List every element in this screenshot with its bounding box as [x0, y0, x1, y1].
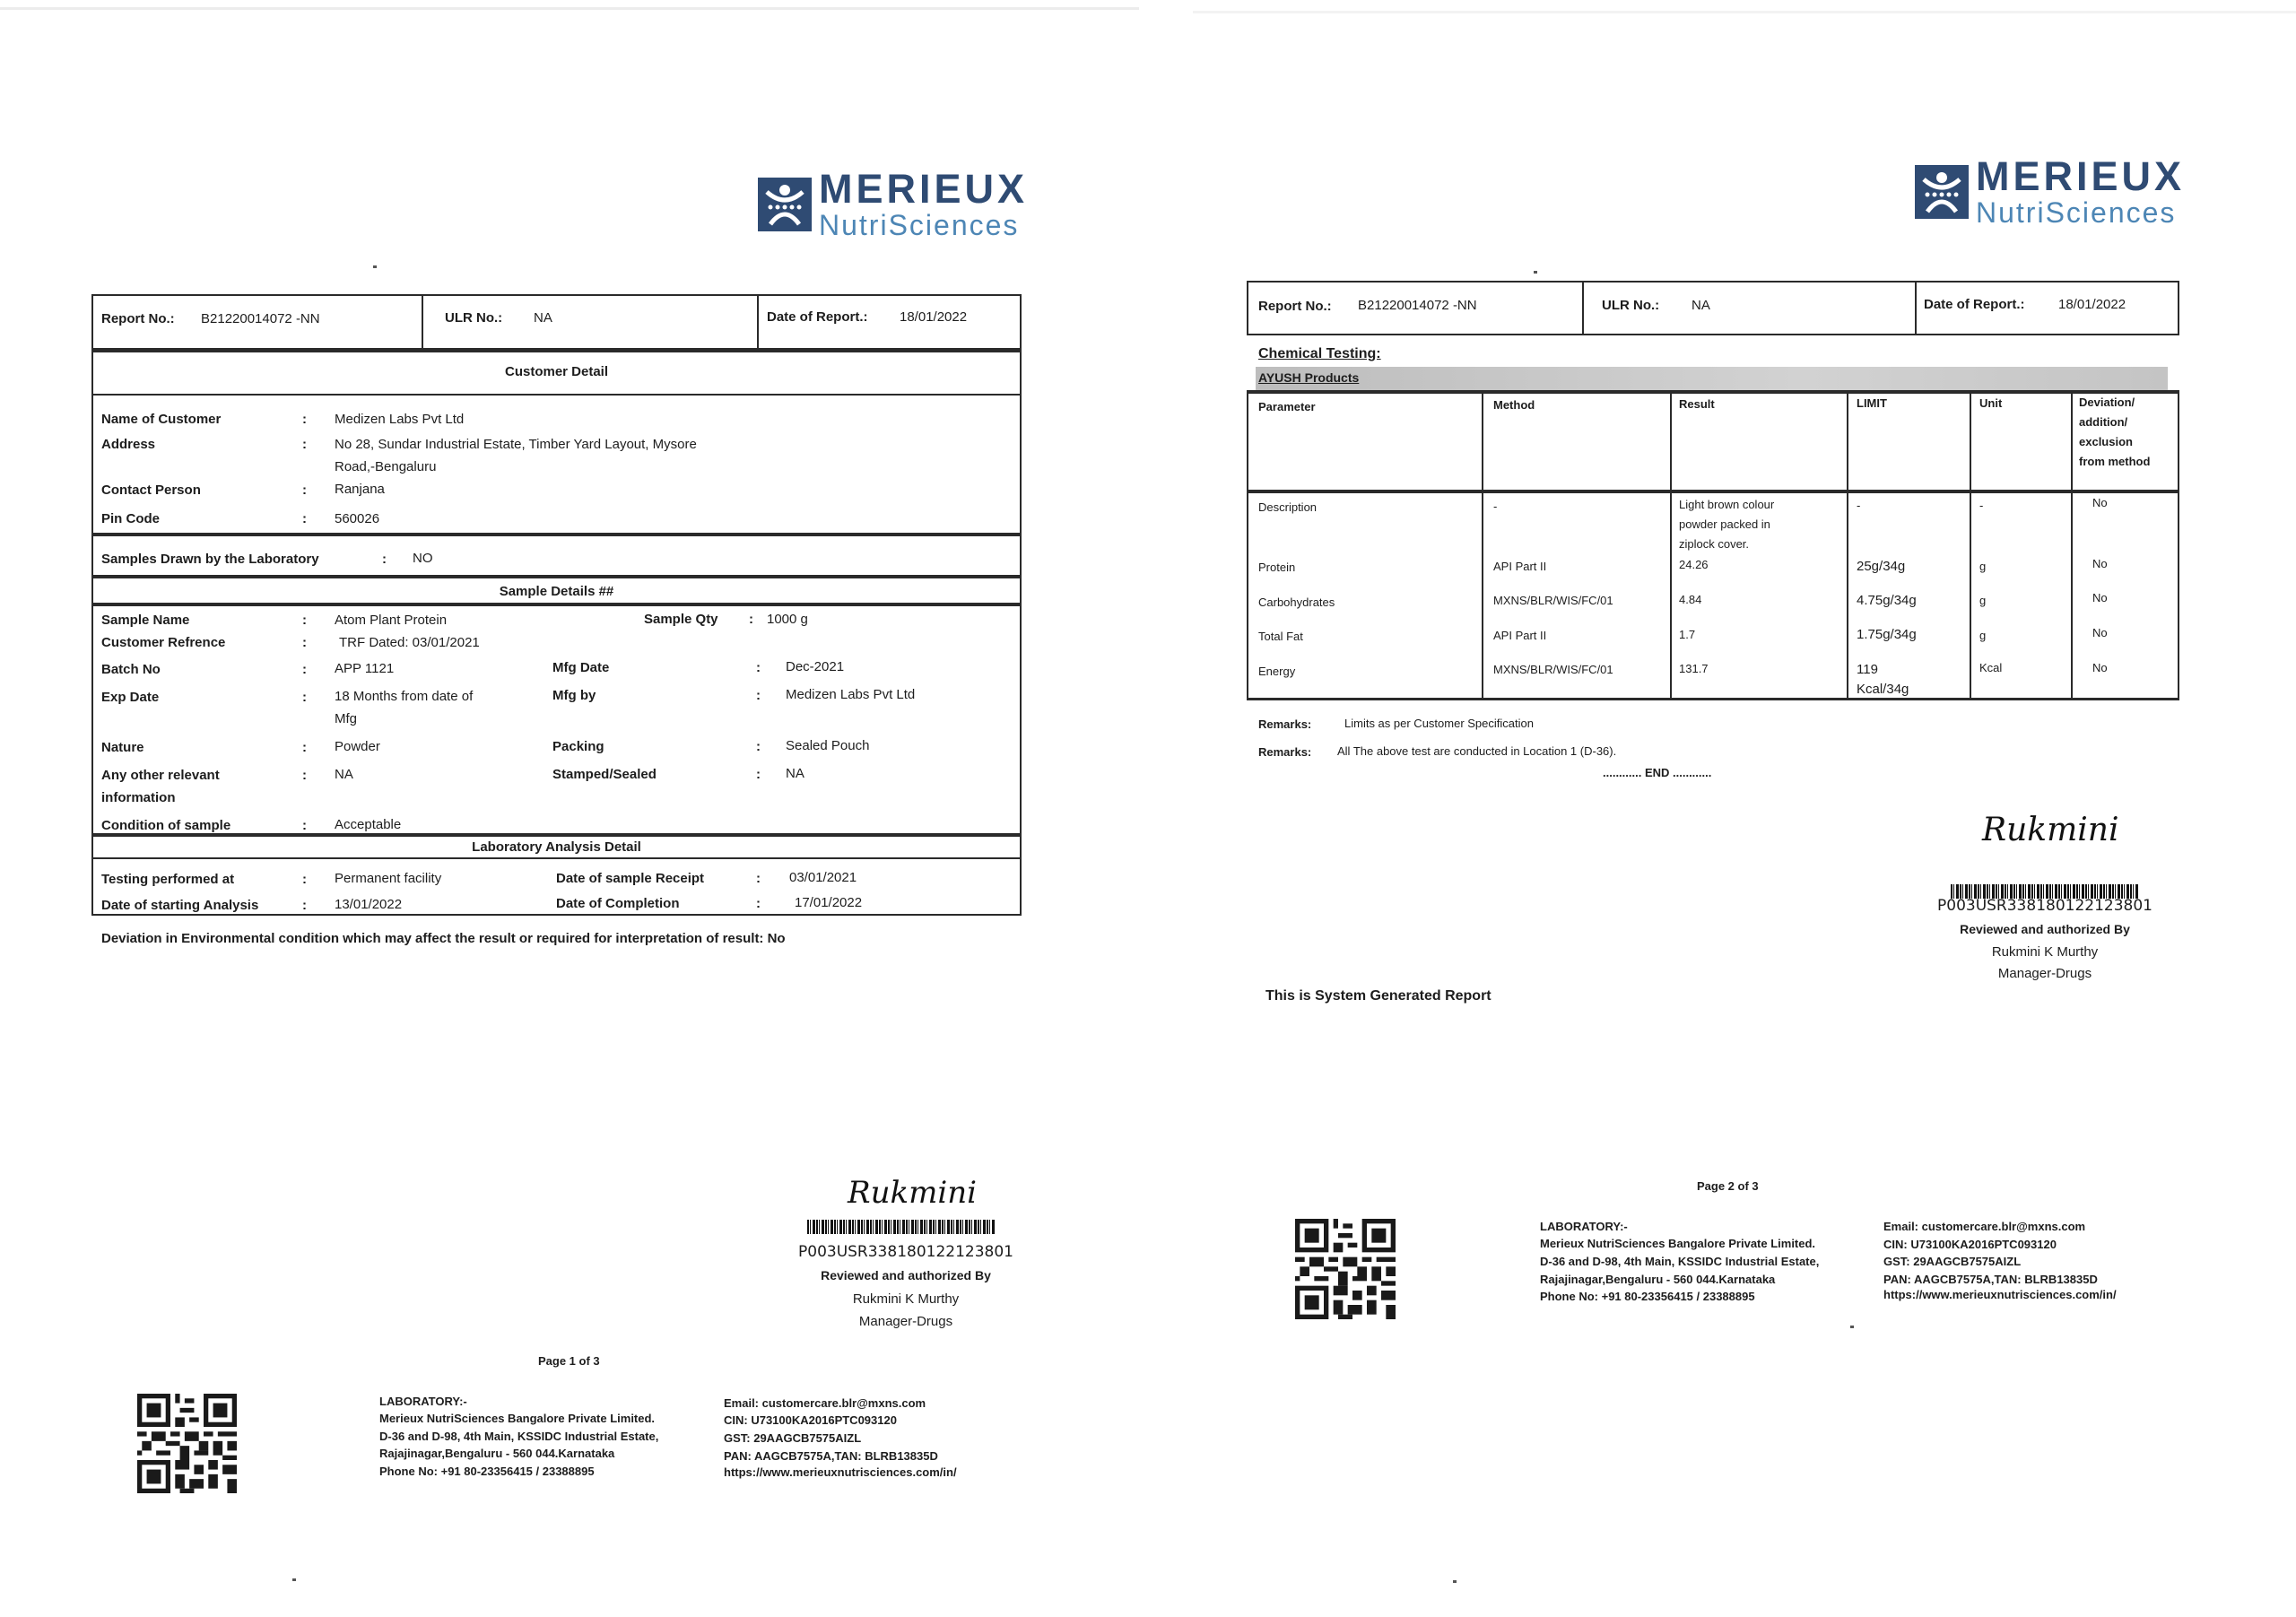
row-limit: 119 [1857, 662, 1878, 677]
col-deviation: addition/ [2079, 415, 2127, 429]
lab-line: Rajajinagar,Bengaluru - 560 044.Karnatak… [379, 1447, 614, 1460]
samples-drawn-value: NO [413, 551, 433, 566]
colon: : [302, 690, 307, 705]
other-info-value: NA [335, 767, 353, 782]
divider [1847, 390, 1848, 700]
colon: : [756, 660, 761, 675]
contact-gst: GST: 29AAGCB7575AIZL [724, 1431, 861, 1445]
row-method: - [1493, 500, 1497, 513]
colon: : [302, 613, 307, 628]
reviewed-by: Reviewed and authorized By [1928, 922, 2161, 936]
divider [1970, 390, 1971, 700]
colon: : [302, 818, 307, 833]
colon: : [302, 662, 307, 677]
report-date-label: Date of Report.: [1924, 297, 2025, 312]
signature: Rukmini [848, 1175, 977, 1211]
section-title: Chemical Testing: [1258, 346, 1381, 362]
contact-email: Email: customercare.blr@mxns.com [724, 1396, 926, 1410]
packing-label: Packing [552, 739, 604, 754]
colon: : [756, 739, 761, 754]
lab-heading: LABORATORY:- [379, 1395, 467, 1408]
row-result: 4.84 [1679, 593, 1701, 606]
page-number: Page 2 of 3 [1697, 1179, 1759, 1193]
divider [757, 294, 759, 350]
row-parameter: Carbohydrates [1258, 596, 1335, 609]
report-date-label: Date of Report.: [767, 309, 868, 325]
system-generated-note: This is System Generated Report [1265, 988, 1492, 1004]
qr-code-icon [137, 1394, 237, 1493]
row-limit: 4.75g/34g [1857, 593, 1917, 608]
row-unit: Kcal [1979, 661, 2002, 674]
report-no-label: Report No.: [101, 311, 175, 326]
row-limit: - [1857, 499, 1860, 512]
colon: : [302, 898, 307, 913]
col-method: Method [1493, 398, 1535, 412]
customer-name-label: Name of Customer [101, 412, 221, 427]
lab-heading: LABORATORY:- [1540, 1220, 1628, 1233]
report-no-value: B21220014072 -NN [201, 311, 320, 326]
colon: : [756, 896, 761, 911]
colon: : [302, 635, 307, 650]
reviewer-name: Rukmini K Murthy [789, 1291, 1022, 1307]
sample-qty-label: Sample Qty [644, 612, 718, 627]
divider [1670, 390, 1672, 700]
completion-value: 17/01/2022 [795, 895, 862, 910]
stamped-sealed-label: Stamped/Sealed [552, 767, 657, 782]
nature-label: Nature [101, 740, 144, 755]
col-deviation: exclusion [2079, 435, 2133, 448]
divider [91, 533, 1022, 536]
nature-value: Powder [335, 739, 380, 754]
lab-line: Phone No: +91 80-23356415 / 23388895 [379, 1465, 595, 1478]
lab-line: D-36 and D-98, 4th Main, KSSIDC Industri… [1540, 1255, 1819, 1268]
address-label: Address [101, 437, 155, 452]
contact-email: Email: customercare.blr@mxns.com [1883, 1220, 2085, 1233]
row-method: MXNS/BLR/WIS/FC/01 [1493, 663, 1613, 676]
mfg-date-value: Dec-2021 [786, 659, 844, 674]
customer-reference-label: Customer Refrence [101, 635, 225, 650]
mfg-by-label: Mfg by [552, 688, 596, 703]
other-info-label-line2: information [101, 790, 176, 805]
row-result: 24.26 [1679, 558, 1709, 571]
sample-receipt-label: Date of sample Receipt [556, 871, 704, 886]
section-band [1256, 367, 2168, 390]
divider [91, 603, 1022, 606]
brand-name: MERIEUX [1976, 156, 2185, 196]
colon: : [302, 740, 307, 755]
contact-website: https://www.merieuxnutrisciences.com/in/ [1883, 1288, 2117, 1301]
contact-website: https://www.merieuxnutrisciences.com/in/ [724, 1465, 957, 1479]
divider [1915, 281, 1917, 335]
divider [91, 575, 1022, 578]
ulr-label: ULR No.: [445, 310, 502, 326]
row-deviation: No [2092, 661, 2108, 674]
row-result: 131.7 [1679, 662, 1709, 675]
scan-edge [0, 7, 1139, 10]
col-parameter: Parameter [1258, 400, 1316, 413]
row-result: powder packed in [1679, 517, 1770, 531]
logo-mark-icon [758, 178, 812, 231]
lab-line: Phone No: +91 80-23356415 / 23388895 [1540, 1290, 1755, 1303]
address-value-line2: Road,-Bengaluru [335, 459, 436, 474]
lab-line: Merieux NutriSciences Bangalore Private … [379, 1412, 655, 1425]
row-method: API Part II [1493, 629, 1546, 642]
barcode-text: P003USR338180122123801 [789, 1243, 1022, 1261]
sample-details-title: Sample Details ## [91, 584, 1022, 599]
row-deviation: No [2092, 496, 2108, 509]
contact-pan: PAN: AAGCB7575A,TAN: BLRB13835D [1883, 1273, 2098, 1286]
exp-date-value-line2: Mfg [335, 711, 357, 726]
row-method: API Part II [1493, 560, 1546, 573]
row-deviation: No [2092, 626, 2108, 639]
row-unit: g [1979, 629, 1986, 642]
qr-code-icon [1295, 1219, 1396, 1319]
condition-value: Acceptable [335, 817, 401, 832]
remarks-label: Remarks: [1258, 745, 1311, 759]
divider [91, 394, 1022, 396]
lab-line: Merieux NutriSciences Bangalore Private … [1540, 1237, 1815, 1250]
colon: : [756, 871, 761, 886]
reviewer-title: Manager-Drugs [789, 1314, 1022, 1329]
report-no-label: Report No.: [1258, 299, 1332, 314]
colon: : [749, 612, 753, 627]
contact-gst: GST: 29AAGCB7575AIZL [1883, 1255, 2021, 1268]
row-limit-line2: Kcal/34g [1857, 682, 1909, 697]
exp-date-value: 18 Months from date of [335, 689, 473, 704]
mfg-date-label: Mfg Date [552, 660, 609, 675]
remark-1: Limits as per Customer Specification [1344, 717, 1534, 730]
contact-pan: PAN: AAGCB7575A,TAN: BLRB13835D [724, 1449, 938, 1463]
batch-no-label: Batch No [101, 662, 161, 677]
contact-person-value: Ranjana [335, 482, 385, 497]
stamped-sealed-value: NA [786, 766, 804, 781]
colon: : [302, 872, 307, 887]
condition-label: Condition of sample [101, 818, 230, 833]
customer-detail-title: Customer Detail [91, 364, 1022, 379]
lab-line: D-36 and D-98, 4th Main, KSSIDC Industri… [379, 1430, 658, 1443]
brand-subname: NutriSciences [819, 211, 1028, 239]
row-parameter: Protein [1258, 561, 1295, 574]
pin-code-value: 560026 [335, 511, 379, 526]
colon: : [302, 768, 307, 783]
row-method: MXNS/BLR/WIS/FC/01 [1493, 594, 1613, 607]
col-deviation: from method [2079, 455, 2150, 468]
packing-value: Sealed Pouch [786, 738, 869, 753]
brand-subname: NutriSciences [1976, 198, 2185, 227]
divider [2071, 390, 2073, 700]
row-parameter: Description [1258, 500, 1317, 514]
col-deviation: Deviation/ [2079, 396, 2135, 409]
subsection-title: AYUSH Products [1258, 370, 1359, 385]
brand-logo: MERIEUX NutriSciences [1915, 156, 2185, 227]
divider [1482, 390, 1483, 700]
colon: : [756, 688, 761, 703]
ulr-value: NA [534, 310, 552, 326]
ulr-value: NA [1692, 298, 1710, 313]
col-limit: LIMIT [1857, 396, 1887, 410]
row-deviation: No [2092, 557, 2108, 570]
customer-name-value: Medizen Labs Pvt Ltd [335, 412, 464, 427]
colon: : [382, 552, 387, 567]
remarks-label: Remarks: [1258, 717, 1311, 731]
scan-speck [373, 265, 377, 268]
reviewer-title: Manager-Drugs [1928, 966, 2161, 981]
brand-name: MERIEUX [819, 169, 1028, 209]
customer-reference-value: TRF Dated: 03/01/2021 [339, 635, 480, 650]
report-date-value: 18/01/2022 [900, 309, 967, 325]
divider [1247, 490, 2179, 493]
other-info-label: Any other relevant [101, 768, 220, 783]
signature: Rukmini [1982, 812, 2118, 848]
row-parameter: Total Fat [1258, 630, 1303, 643]
divider [1582, 281, 1584, 335]
samples-drawn-label: Samples Drawn by the Laboratory [101, 552, 319, 567]
row-unit: - [1979, 499, 1983, 512]
divider [422, 294, 423, 350]
sample-qty-value: 1000 g [767, 612, 808, 627]
page-number: Page 1 of 3 [538, 1354, 600, 1368]
logo-mark-icon [1915, 165, 1969, 219]
brand-logo: MERIEUX NutriSciences [758, 169, 1028, 239]
details-table [91, 349, 1022, 916]
deviation-note: Deviation in Environmental condition whi… [101, 931, 786, 946]
contact-cin: CIN: U73100KA2016PTC093120 [724, 1413, 897, 1427]
scan-speck [292, 1578, 296, 1581]
col-result: Result [1679, 397, 1715, 411]
reviewed-by: Reviewed and authorized By [789, 1268, 1022, 1282]
row-result: Light brown colour [1679, 498, 1774, 511]
row-deviation: No [2092, 591, 2108, 604]
sample-receipt-value: 03/01/2021 [789, 870, 857, 885]
row-unit: g [1979, 594, 1986, 607]
ulr-label: ULR No.: [1602, 298, 1659, 313]
testing-at-label: Testing performed at [101, 872, 234, 887]
scan-speck [1453, 1580, 1457, 1583]
divider [91, 857, 1022, 859]
sample-name-label: Sample Name [101, 613, 189, 628]
sample-name-value: Atom Plant Protein [335, 613, 447, 628]
start-analysis-value: 13/01/2022 [335, 897, 402, 912]
row-limit: 25g/34g [1857, 559, 1905, 574]
mfg-by-value: Medizen Labs Pvt Ltd [786, 687, 915, 702]
lab-analysis-title: Laboratory Analysis Detail [91, 839, 1022, 855]
lab-line: Rajajinagar,Bengaluru - 560 044.Karnatak… [1540, 1273, 1775, 1286]
scan-edge [1193, 11, 2296, 13]
scan-speck [1850, 1326, 1854, 1328]
completion-label: Date of Completion [556, 896, 680, 911]
row-result: ziplock cover. [1679, 537, 1749, 551]
report-date-value: 18/01/2022 [2058, 297, 2126, 312]
barcode-text: P003USR338180122123801 [1928, 897, 2161, 915]
row-result: 1.7 [1679, 628, 1695, 641]
divider [91, 833, 1022, 837]
pin-code-label: Pin Code [101, 511, 160, 526]
col-unit: Unit [1979, 396, 2002, 410]
scan-speck [1534, 271, 1537, 274]
contact-person-label: Contact Person [101, 482, 201, 498]
reviewer-name: Rukmini K Murthy [1928, 944, 2161, 960]
row-limit: 1.75g/34g [1857, 627, 1917, 642]
start-analysis-label: Date of starting Analysis [101, 898, 258, 913]
row-unit: g [1979, 560, 1986, 573]
row-parameter: Energy [1258, 665, 1295, 678]
colon: : [302, 412, 307, 427]
contact-cin: CIN: U73100KA2016PTC093120 [1883, 1238, 2057, 1251]
exp-date-label: Exp Date [101, 690, 159, 705]
testing-at-value: Permanent facility [335, 871, 441, 886]
end-marker: ............ END ............ [1603, 766, 1711, 779]
remark-2: All The above test are conducted in Loca… [1337, 744, 1616, 758]
colon: : [302, 482, 307, 498]
report-no-value: B21220014072 -NN [1358, 298, 1477, 313]
address-value: No 28, Sundar Industrial Estate, Timber … [335, 437, 697, 452]
colon: : [756, 767, 761, 782]
colon: : [302, 511, 307, 526]
colon: : [302, 437, 307, 452]
batch-no-value: APP 1121 [335, 661, 394, 676]
barcode [807, 1220, 996, 1234]
